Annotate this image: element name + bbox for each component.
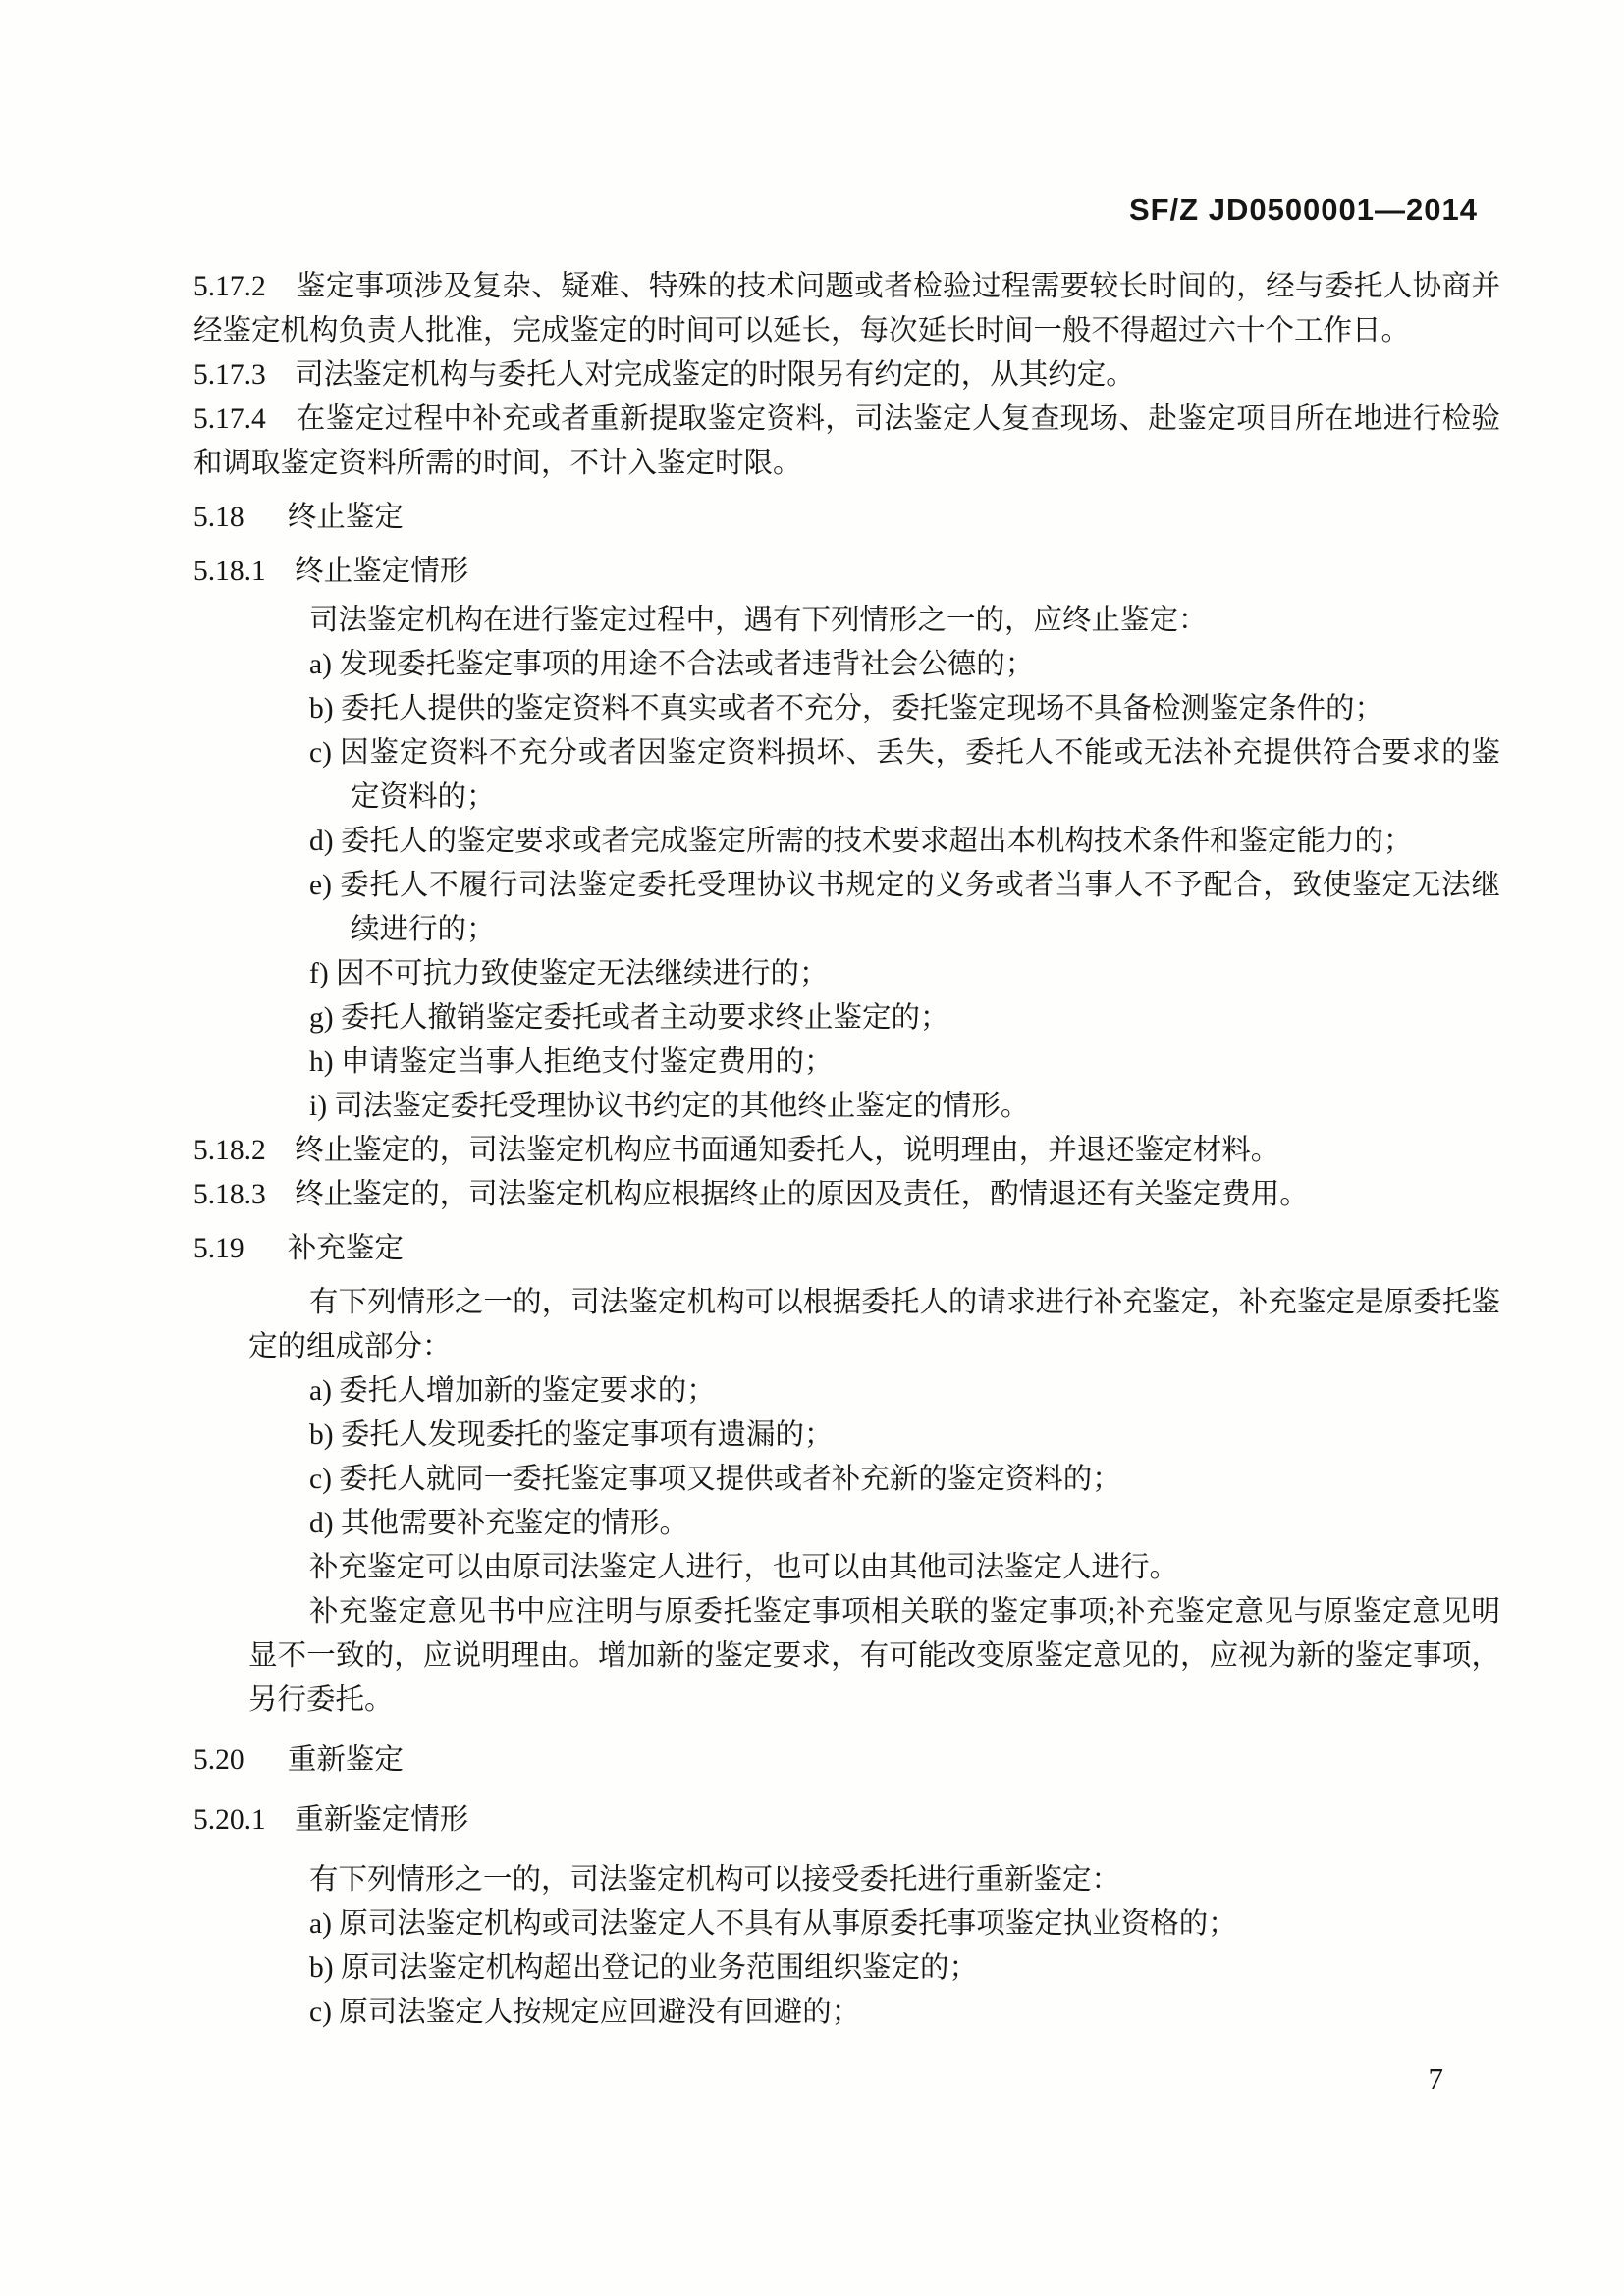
doc-line: 定资料的； — [193, 775, 1500, 820]
intro-5-20-1: 有下列情形之一的，司法鉴定机构可以接受委托进行重新鉴定： — [193, 1858, 1500, 1902]
doc-line: 5.20.1 重新鉴定情形 — [193, 1798, 1500, 1842]
list3-item-c: c) 原司法鉴定人按规定应回避没有回避的； — [193, 1991, 1500, 2035]
heading-5-20: 5.20 重新鉴定 — [193, 1738, 1500, 1783]
heading-5-20-1: 5.20.1 重新鉴定情形 — [193, 1798, 1500, 1842]
doc-line: d) 其他需要补充鉴定的情形。 — [193, 1502, 1500, 1546]
para-supplement-by-whom: 补充鉴定可以由原司法鉴定人进行，也可以由其他司法鉴定人进行。 — [193, 1546, 1500, 1590]
doc-line: d) 委托人的鉴定要求或者完成鉴定所需的技术要求超出本机构技术条件和鉴定能力的； — [193, 820, 1500, 864]
doc-line: 5.18.2 终止鉴定的，司法鉴定机构应书面通知委托人，说明理由，并退还鉴定材料… — [193, 1129, 1500, 1173]
doc-line: 补充鉴定意见书中应注明与原委托鉴定事项相关联的鉴定事项;补充鉴定意见与原鉴定意见… — [193, 1590, 1500, 1634]
doc-line: 5.17.4 在鉴定过程中补充或者重新提取鉴定资料，司法鉴定人复查现场、赴鉴定项… — [193, 398, 1500, 442]
doc-line: a) 发现委托鉴定事项的用途不合法或者违背社会公德的； — [193, 643, 1500, 687]
list-item-b: b) 委托人提供的鉴定资料不真实或者不充分，委托鉴定现场不具备检测鉴定条件的； — [193, 687, 1500, 731]
doc-line: e) 委托人不履行司法鉴定委托受理协议书规定的义务或者当事人不予配合，致使鉴定无… — [193, 864, 1500, 908]
doc-line: 5.17.3 司法鉴定机构与委托人对完成鉴定的时限另有约定的，从其约定。 — [193, 353, 1500, 398]
list-item-h: h) 申请鉴定当事人拒绝支付鉴定费用的； — [193, 1041, 1500, 1085]
doc-line: 5.19 补充鉴定 — [193, 1227, 1500, 1271]
heading-5-18-1: 5.18.1 终止鉴定情形 — [193, 550, 1500, 594]
clause-5-17-4: 5.17.4 在鉴定过程中补充或者重新提取鉴定资料，司法鉴定人复查现场、赴鉴定项… — [193, 398, 1500, 486]
doc-line: c) 原司法鉴定人按规定应回避没有回避的； — [193, 1991, 1500, 2035]
doc-line: 5.18.1 终止鉴定情形 — [193, 550, 1500, 594]
para-supplement-opinion: 补充鉴定意见书中应注明与原委托鉴定事项相关联的鉴定事项;补充鉴定意见与原鉴定意见… — [193, 1590, 1500, 1723]
doc-line: 司法鉴定机构在进行鉴定过程中，遇有下列情形之一的，应终止鉴定： — [193, 599, 1500, 643]
heading-5-19: 5.19 补充鉴定 — [193, 1227, 1500, 1271]
doc-line: 5.17.2 鉴定事项涉及复杂、疑难、特殊的技术问题或者检验过程需要较长时间的，… — [193, 265, 1500, 309]
doc-line: c) 因鉴定资料不充分或者因鉴定资料损坏、丢失，委托人不能或无法补充提供符合要求… — [193, 731, 1500, 775]
doc-line: a) 委托人增加新的鉴定要求的； — [193, 1369, 1500, 1414]
doc-line: 续进行的； — [193, 908, 1500, 952]
doc-line: 另行委托。 — [193, 1679, 1500, 1723]
doc-line: c) 委托人就同一委托鉴定事项又提供或者补充新的鉴定资料的； — [193, 1458, 1500, 1502]
doc-line: h) 申请鉴定当事人拒绝支付鉴定费用的； — [193, 1041, 1500, 1085]
doc-line: a) 原司法鉴定机构或司法鉴定人不具有从事原委托事项鉴定执业资格的； — [193, 1902, 1500, 1947]
list-item-e: e) 委托人不履行司法鉴定委托受理协议书规定的义务或者当事人不予配合，致使鉴定无… — [193, 864, 1500, 952]
list-item-f: f) 因不可抗力致使鉴定无法继续进行的； — [193, 952, 1500, 996]
list-item-a: a) 发现委托鉴定事项的用途不合法或者违背社会公德的； — [193, 643, 1500, 687]
clause-5-18-2: 5.18.2 终止鉴定的，司法鉴定机构应书面通知委托人，说明理由，并退还鉴定材料… — [193, 1129, 1500, 1173]
doc-line: 有下列情形之一的，司法鉴定机构可以接受委托进行重新鉴定： — [193, 1858, 1500, 1902]
intro-5-18-1: 司法鉴定机构在进行鉴定过程中，遇有下列情形之一的，应终止鉴定： — [193, 599, 1500, 643]
clause-5-18-3: 5.18.3 终止鉴定的，司法鉴定机构应根据终止的原因及责任，酌情退还有关鉴定费… — [193, 1173, 1500, 1217]
doc-line: 和调取鉴定资料所需的时间，不计入鉴定时限。 — [193, 442, 1500, 486]
doc-line: 5.18.3 终止鉴定的，司法鉴定机构应根据终止的原因及责任，酌情退还有关鉴定费… — [193, 1173, 1500, 1217]
doc-line: 补充鉴定可以由原司法鉴定人进行，也可以由其他司法鉴定人进行。 — [193, 1546, 1500, 1590]
doc-line: b) 委托人提供的鉴定资料不真实或者不充分，委托鉴定现场不具备检测鉴定条件的； — [193, 687, 1500, 731]
clause-5-17-3: 5.17.3 司法鉴定机构与委托人对完成鉴定的时限另有约定的，从其约定。 — [193, 353, 1500, 398]
list2-item-a: a) 委托人增加新的鉴定要求的； — [193, 1369, 1500, 1414]
doc-line: 定的组成部分： — [193, 1325, 1500, 1369]
doc-line: 经鉴定机构负责人批准，完成鉴定的时间可以延长，每次延长时间一般不得超过六十个工作… — [193, 309, 1500, 353]
heading-5-18: 5.18 终止鉴定 — [193, 496, 1500, 540]
clause-5-17-2: 5.17.2 鉴定事项涉及复杂、疑难、特殊的技术问题或者检验过程需要较长时间的，… — [193, 265, 1500, 353]
doc-line: i) 司法鉴定委托受理协议书约定的其他终止鉴定的情形。 — [193, 1085, 1500, 1129]
doc-line: f) 因不可抗力致使鉴定无法继续进行的； — [193, 952, 1500, 996]
doc-line: b) 委托人发现委托的鉴定事项有遗漏的； — [193, 1414, 1500, 1458]
standard-number-header: SF/Z JD0500001—2014 — [196, 192, 1478, 228]
list2-item-c: c) 委托人就同一委托鉴定事项又提供或者补充新的鉴定资料的； — [193, 1458, 1500, 1502]
list-item-g: g) 委托人撤销鉴定委托或者主动要求终止鉴定的； — [193, 996, 1500, 1041]
list2-item-b: b) 委托人发现委托的鉴定事项有遗漏的； — [193, 1414, 1500, 1458]
doc-line: 显不一致的，应说明理由。增加新的鉴定要求，有可能改变原鉴定意见的，应视为新的鉴定… — [193, 1634, 1500, 1679]
list3-item-a: a) 原司法鉴定机构或司法鉴定人不具有从事原委托事项鉴定执业资格的； — [193, 1902, 1500, 1947]
list-item-c: c) 因鉴定资料不充分或者因鉴定资料损坏、丢失，委托人不能或无法补充提供符合要求… — [193, 731, 1500, 820]
document-page: SF/Z JD0500001—2014 5.17.2 鉴定事项涉及复杂、疑难、特… — [0, 0, 1624, 2296]
list-item-d: d) 委托人的鉴定要求或者完成鉴定所需的技术要求超出本机构技术条件和鉴定能力的； — [193, 820, 1500, 864]
list2-item-d: d) 其他需要补充鉴定的情形。 — [193, 1502, 1500, 1546]
list-item-i: i) 司法鉴定委托受理协议书约定的其他终止鉴定的情形。 — [193, 1085, 1500, 1129]
page-number: 7 — [193, 2061, 1443, 2097]
doc-line: 5.20 重新鉴定 — [193, 1738, 1500, 1783]
doc-line: 5.18 终止鉴定 — [193, 496, 1500, 540]
doc-line: b) 原司法鉴定机构超出登记的业务范围组织鉴定的； — [193, 1947, 1500, 1991]
doc-line: 有下列情形之一的，司法鉴定机构可以根据委托人的请求进行补充鉴定，补充鉴定是原委托… — [193, 1281, 1500, 1325]
list3-item-b: b) 原司法鉴定机构超出登记的业务范围组织鉴定的； — [193, 1947, 1500, 1991]
intro-5-19: 有下列情形之一的，司法鉴定机构可以根据委托人的请求进行补充鉴定，补充鉴定是原委托… — [193, 1281, 1500, 1369]
document-body: 5.17.2 鉴定事项涉及复杂、疑难、特殊的技术问题或者检验过程需要较长时间的，… — [193, 265, 1500, 2035]
doc-line: g) 委托人撤销鉴定委托或者主动要求终止鉴定的； — [193, 996, 1500, 1041]
